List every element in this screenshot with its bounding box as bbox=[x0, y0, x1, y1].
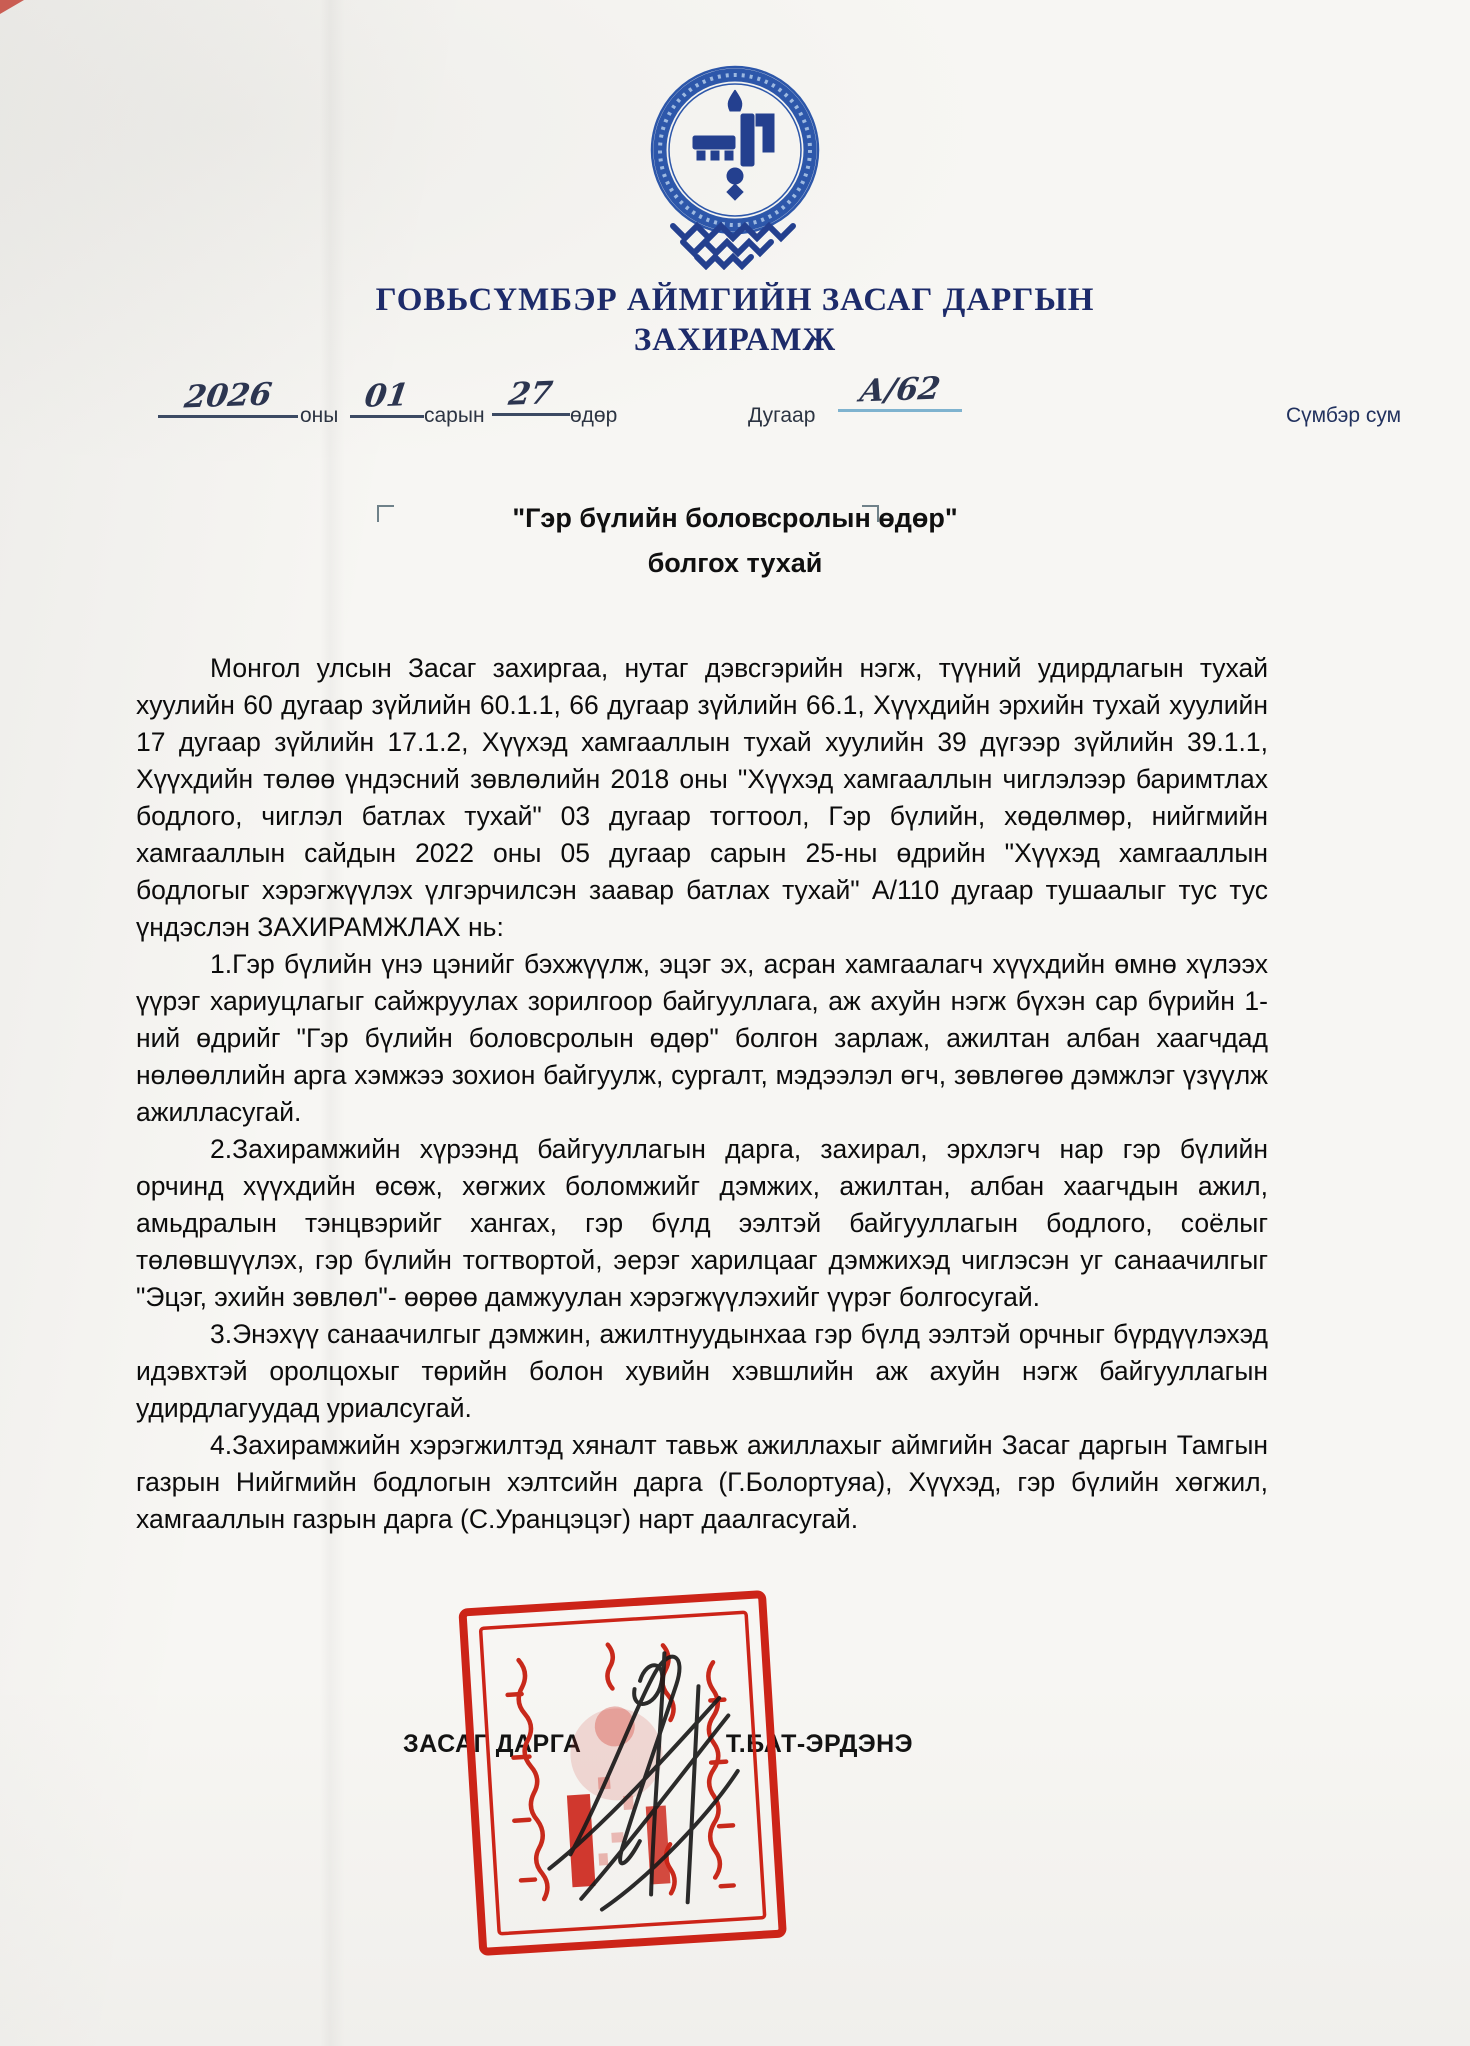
clause-4: 4.Захирамжийн хэрэгжилтэд хяналт тавьж а… bbox=[136, 1427, 1268, 1538]
date-number-row: 2026 оны 01 сарын 27 өдөр Дугаар А/62 Сү… bbox=[0, 386, 1470, 442]
month-field: 01 bbox=[350, 378, 412, 418]
preamble-paragraph: Монгол улсын Засаг захиргаа, нутаг дэвсг… bbox=[136, 650, 1268, 946]
number-label: Дугаар bbox=[748, 404, 815, 428]
clause-2: 2.Захирамжийн хүрээнд байгууллагын дарга… bbox=[136, 1131, 1268, 1316]
day-label: өдөр bbox=[570, 404, 617, 428]
subject-line1: "Гэр бүлийн боловсролын өдөр" bbox=[0, 496, 1470, 541]
month-label: сарын bbox=[424, 404, 485, 428]
clause-1: 1.Гэр бүлийн үнэ цэнийг бэхжүүлж, эцэг э… bbox=[136, 946, 1268, 1131]
location-label: Сүмбэр сум bbox=[1286, 404, 1401, 428]
clause-3: 3.Энэхүү санаачилгыг дэмжин, ажилтнуудын… bbox=[136, 1316, 1268, 1427]
org-name-line1: ГОВЬСҮМБЭР АЙМГИЙН ЗАСАГ ДАРГЫН bbox=[0, 280, 1470, 320]
number-field: А/62 bbox=[838, 372, 950, 412]
letterhead-title: ГОВЬСҮМБЭР АЙМГИЙН ЗАСАГ ДАРГЫН ЗАХИРАМЖ bbox=[0, 280, 1470, 360]
scanner-artifact-mark bbox=[0, 0, 24, 14]
decree-body: Монгол улсын Засаг захиргаа, нутаг дэвсг… bbox=[136, 650, 1268, 1538]
subject-title: "Гэр бүлийн боловсролын өдөр" болгох тух… bbox=[0, 496, 1470, 586]
subject-line2: болгох тухай bbox=[0, 541, 1470, 586]
official-red-seal bbox=[455, 1587, 791, 1971]
day-field: 27 bbox=[492, 376, 558, 416]
org-name-line2: ЗАХИРАМЖ bbox=[0, 320, 1470, 360]
scanned-document-page: ГОВЬСҮМБЭР АЙМГИЙН ЗАСАГ ДАРГЫН ЗАХИРАМЖ… bbox=[0, 0, 1470, 2046]
year-label: оны bbox=[300, 404, 338, 428]
year-field: 2026 bbox=[158, 378, 286, 418]
mongolian-state-emblem-icon bbox=[637, 50, 833, 270]
